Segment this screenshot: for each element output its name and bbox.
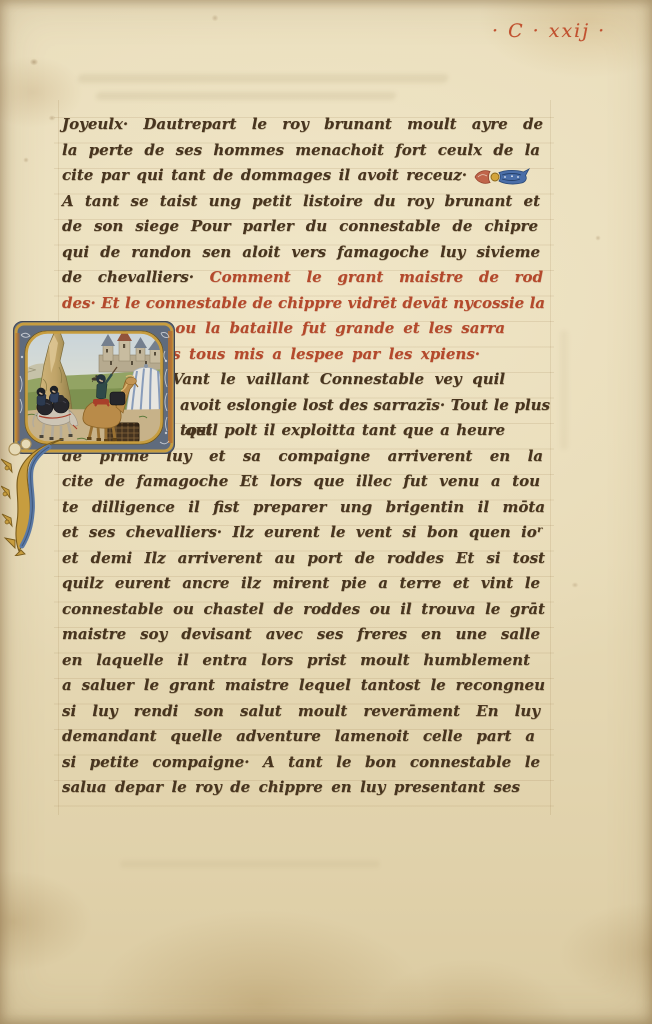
body-text: Joyeulx· Dautrepart le roy brunant moult… — [62, 115, 543, 133]
show-through-mark — [96, 92, 397, 100]
manuscript-line: connestable ou chastel de roddes ou il t… — [62, 597, 545, 623]
rubric-text: Comment le grant maistre de rod — [210, 268, 543, 286]
manuscript-line: quil polt il exploitta tant que a heure — [185, 418, 505, 444]
body-text: demandant quelle adventure lamenoit cell… — [62, 727, 535, 745]
show-through-mark — [560, 330, 568, 450]
rubric-text: zins tous mis a lespee par les xpiens· — [147, 345, 480, 363]
manuscript-line: de son siege Pour parler du connestable … — [62, 214, 538, 240]
body-text: connestable ou chastel de roddes ou il t… — [62, 600, 545, 618]
body-text: et ses chevalliers· Ilz eurent le vent s… — [62, 523, 543, 541]
rubric-text: cite ou la bataille fut grande et les sa… — [135, 319, 505, 337]
manuscript-line: a saluer le grant maistre lequel tantost… — [62, 673, 545, 699]
body-text: qui de randon sen aloit vers famagoche l… — [62, 243, 540, 261]
manuscript-line: zins tous mis a lespee par les xpiens· — [147, 342, 480, 368]
show-through-mark — [120, 860, 380, 868]
body-text: si petite compaigne· A tant le bon conne… — [62, 753, 540, 771]
manuscript-line: te dilligence il fist preparer ung brige… — [62, 495, 545, 521]
manuscript-line: qui de randon sen aloit vers famagoche l… — [62, 240, 540, 266]
body-text: si luy rendi son salut moult reverāment … — [62, 702, 540, 720]
body-text: la perte de ses hommes menachoit fort ce… — [62, 141, 540, 159]
manuscript-line: cite de famagoche Et lors que illec fut … — [62, 469, 540, 495]
manuscript-line: A tant se taist ung petit listoire du ro… — [62, 189, 540, 215]
body-text: cite de famagoche Et lors que illec fut … — [62, 472, 540, 490]
illuminated-initial-miniature — [13, 321, 175, 454]
rubric-text: des· Et le connestable de chippre vidrēt… — [62, 294, 545, 312]
manuscript-line: Vant le vaillant Connestable vey quil — [172, 367, 505, 393]
manuscript-line: salua depar le roy de chippre en luy pre… — [62, 775, 520, 801]
body-text: te dilligence il fist preparer ung brige… — [62, 498, 545, 516]
body-text: quilz eurent ancre ilz mirent pie a terr… — [62, 574, 540, 592]
body-text: et demi Ilz arriverent au port de roddes… — [62, 549, 545, 567]
manuscript-line: cite par qui tant de dommages il avoit r… — [62, 163, 467, 189]
manuscript-text-block: Joyeulx· Dautrepart le roy brunant moult… — [62, 112, 548, 801]
manuscript-line: quilz eurent ancre ilz mirent pie a terr… — [62, 571, 540, 597]
manuscript-line: cite ou la bataille fut grande et les sa… — [135, 316, 505, 342]
line-filler-ornament — [474, 168, 530, 186]
body-text: de chevalliers· — [62, 268, 210, 286]
manuscript-line: si luy rendi son salut moult reverāment … — [62, 699, 540, 725]
body-text: de son siege Pour parler du connestable … — [62, 217, 538, 235]
manuscript-line: des· Et le connestable de chippre vidrēt… — [62, 291, 545, 317]
body-text: a saluer le grant maistre lequel tantost… — [62, 676, 545, 694]
manuscript-line: en laquelle il entra lors prist moult hu… — [62, 648, 530, 674]
manuscript-line: demandant quelle adventure lamenoit cell… — [62, 724, 535, 750]
margin-rule-right — [550, 100, 551, 815]
manuscript-line: avoit eslongie lost des sarrazīs· Tout l… — [180, 393, 550, 419]
show-through-mark — [77, 74, 448, 83]
body-text: salua depar le roy de chippre en luy pre… — [62, 778, 520, 796]
body-text: quil polt il exploitta tant que a heure — [185, 421, 505, 439]
body-text: A tant se taist ung petit listoire du ro… — [62, 192, 540, 210]
manuscript-line: et demi Ilz arriverent au port de roddes… — [62, 546, 545, 572]
manuscript-line: si petite compaigne· A tant le bon conne… — [62, 750, 540, 776]
folio-number: · C · xxij · — [492, 20, 622, 42]
body-text: en laquelle il entra lors prist moult hu… — [62, 651, 530, 669]
manuscript-line: Joyeulx· Dautrepart le roy brunant moult… — [62, 112, 543, 138]
manuscript-line: la perte de ses hommes menachoit fort ce… — [62, 138, 540, 164]
body-text: Vant le vaillant Connestable vey quil — [172, 370, 505, 388]
manuscript-line: de chevalliers· Comment le grant maistre… — [62, 265, 543, 291]
manuscript-line: et ses chevalliers· Ilz eurent le vent s… — [62, 520, 543, 546]
manuscript-page: · C · xxij · Joyeulx· Dautrepart le roy … — [0, 0, 652, 1024]
manuscript-line: maistre soy devisant avec ses freres en … — [62, 622, 540, 648]
initial-tail-flourish — [1, 438, 65, 556]
body-text: maistre soy devisant avec ses freres en … — [62, 625, 540, 643]
body-text: cite par qui tant de dommages il avoit r… — [62, 166, 467, 184]
